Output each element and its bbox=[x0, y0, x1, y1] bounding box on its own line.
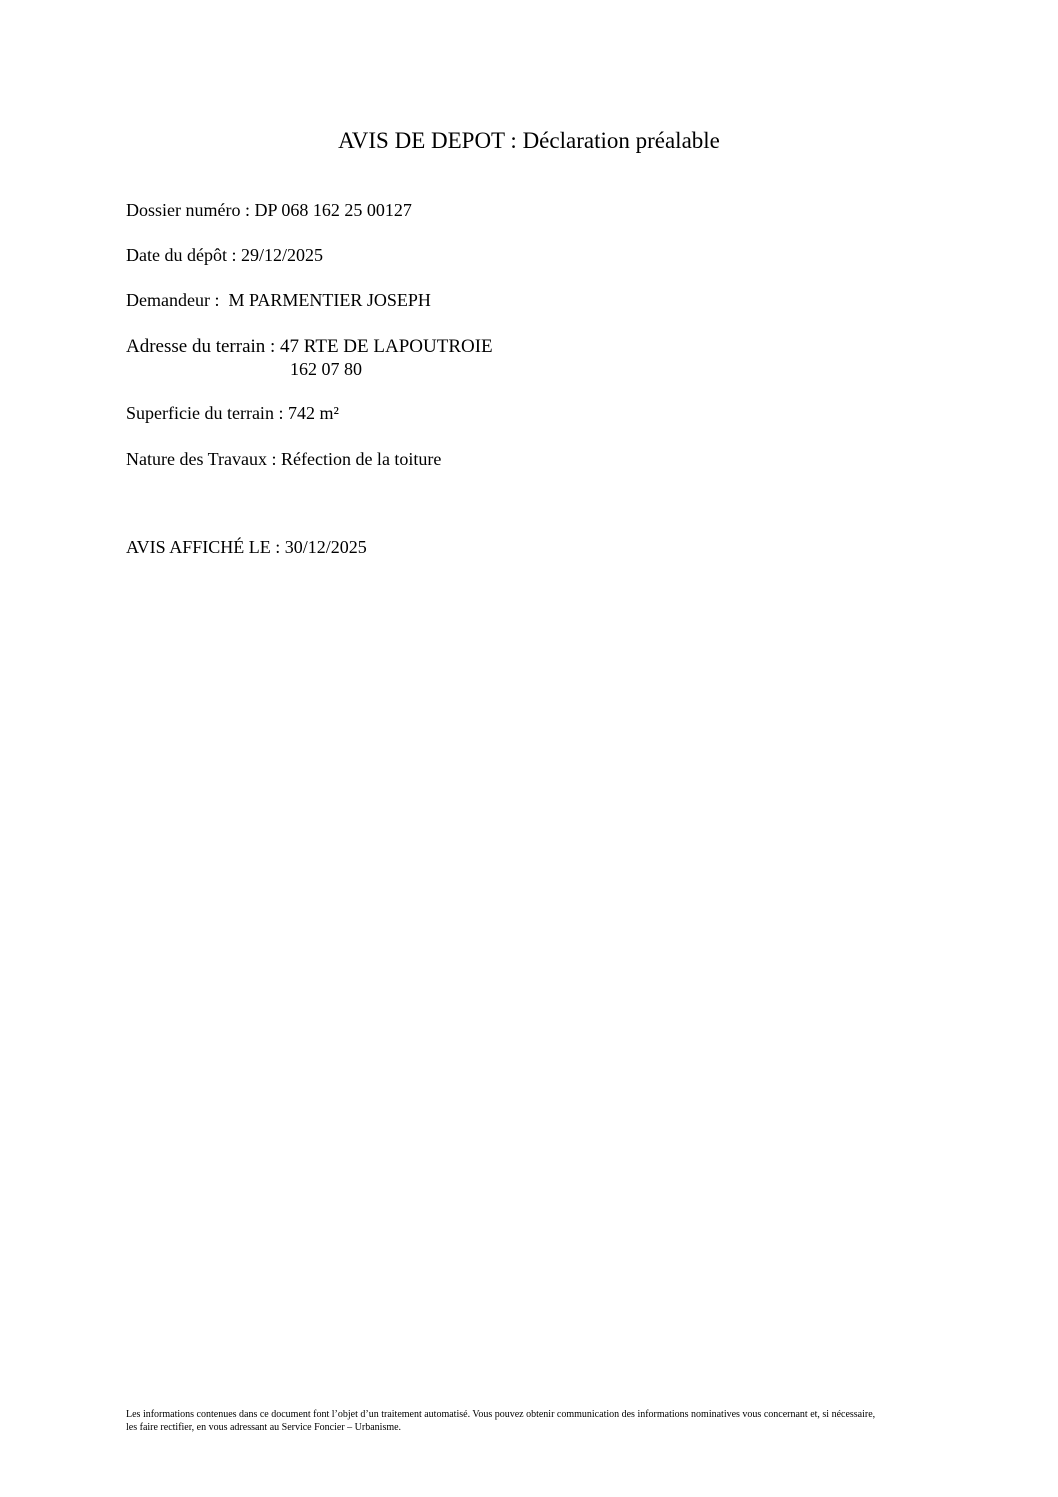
document-title: AVIS DE DEPOT : Déclaration préalable bbox=[0, 126, 1058, 156]
works-nature: Nature des Travaux : Réfection de la toi… bbox=[126, 448, 441, 470]
notice-posted-date: AVIS AFFICHÉ LE : 30/12/2025 bbox=[126, 536, 367, 558]
footer-line-1: Les informations contenues dans ce docum… bbox=[126, 1408, 932, 1421]
land-address-line2: 162 07 80 bbox=[290, 358, 362, 380]
footer-line-2: les faire rectifier, en vous adressant a… bbox=[126, 1421, 932, 1434]
deposit-date: Date du dépôt : 29/12/2025 bbox=[126, 244, 323, 266]
land-address: Adresse du terrain : 47 RTE DE LAPOUTROI… bbox=[126, 336, 493, 358]
applicant: Demandeur : M PARMENTIER JOSEPH bbox=[126, 289, 431, 311]
land-area: Superficie du terrain : 742 m² bbox=[126, 402, 339, 424]
dossier-number: Dossier numéro : DP 068 162 25 00127 bbox=[126, 199, 412, 221]
privacy-footer: Les informations contenues dans ce docum… bbox=[126, 1408, 932, 1434]
